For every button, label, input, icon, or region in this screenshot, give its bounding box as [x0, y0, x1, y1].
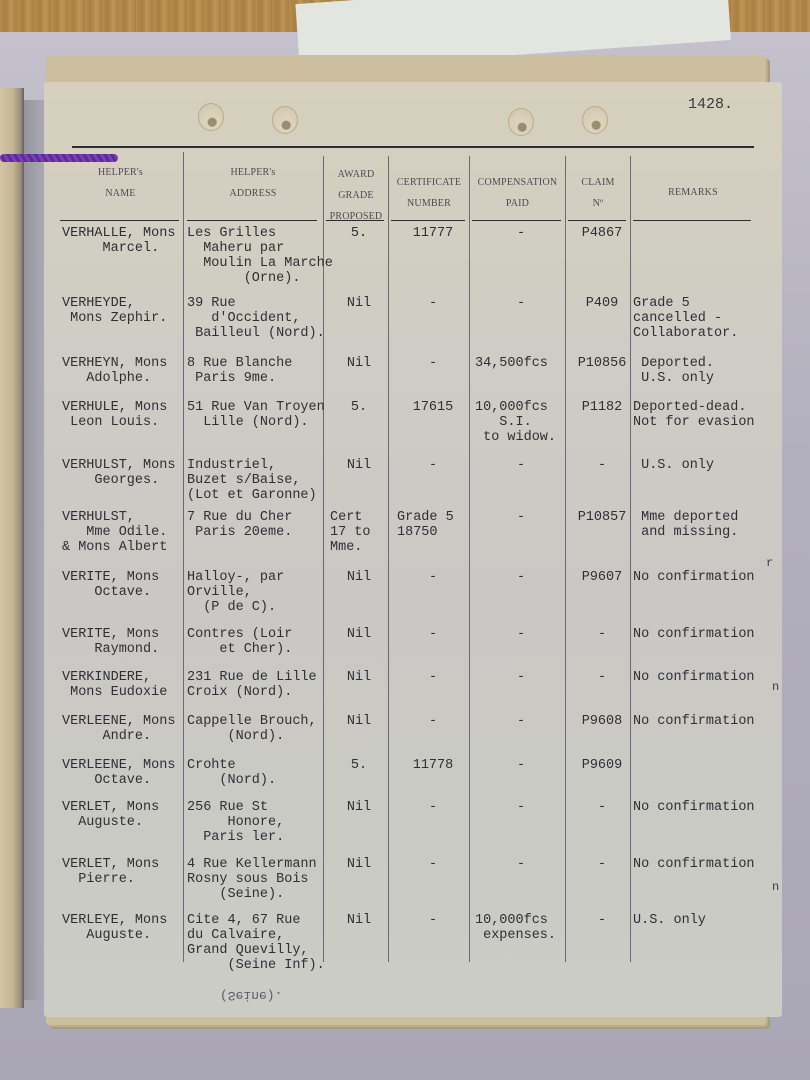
cell-name: VERHEYN, Mons Adolphe. [62, 356, 167, 386]
column-divider [469, 156, 470, 962]
column-header-line: GRADE [324, 185, 388, 206]
cell-address: Contres (Loir et Cher). [187, 627, 292, 657]
cell-compensation: - [475, 670, 567, 685]
cell-name: VERITE, Mons Octave. [62, 570, 159, 600]
cell-compensation: - [475, 857, 567, 872]
header-underline [187, 220, 317, 221]
cell-remarks: No confirmation [633, 627, 755, 642]
column-header-line: NUMBER [389, 193, 469, 214]
column-header-line: ADDRESS [185, 183, 321, 204]
column-header-certificate: CERTIFICATENUMBER [389, 172, 469, 214]
cell-certificate: - [397, 627, 469, 642]
cell-award: Cert 17 to Mme. [330, 510, 371, 555]
cell-certificate: - [397, 670, 469, 685]
cell-award: Nil [330, 800, 388, 815]
margin-mark: n [772, 880, 779, 894]
punch-hole [508, 108, 534, 136]
column-header-address: HELPER'sADDRESS [185, 162, 321, 204]
header-underline [633, 220, 751, 221]
cell-award: 5. [330, 400, 388, 415]
cell-name: VERLET, Mons Auguste. [62, 800, 159, 830]
column-header-line: HELPER's [185, 162, 321, 183]
column-header-line: PAID [470, 193, 565, 214]
cell-award: Nil [330, 458, 388, 473]
cell-address: Halloy-, par Orville, (P de C). [187, 570, 284, 615]
cell-address: 4 Rue Kellermann Rosny sous Bois (Seine)… [187, 857, 317, 902]
cell-claim: P9608 [573, 714, 631, 729]
cell-certificate: - [397, 356, 469, 371]
column-header-line: COMPENSATION [470, 172, 565, 193]
cell-compensation: - [475, 570, 567, 585]
cell-compensation: - [475, 800, 567, 815]
header-underline [568, 220, 626, 221]
column-header-line: PROPOSED [324, 206, 388, 227]
cell-compensation: - [475, 758, 567, 773]
cell-remarks: Deported-dead. Not for evasion [633, 400, 755, 430]
punch-hole [272, 106, 298, 134]
cell-compensation: 34,500fcs [475, 356, 548, 371]
cell-address: Crohte (Nord). [187, 758, 276, 788]
cell-remarks: No confirmation [633, 857, 755, 872]
cell-address: 51 Rue Van Troyen Lille (Nord). [187, 400, 325, 430]
cell-claim: - [573, 857, 631, 872]
cell-claim: - [573, 458, 631, 473]
cell-address: 8 Rue Blanche Paris 9me. [187, 356, 292, 386]
cell-certificate: - [397, 570, 469, 585]
cell-claim: - [573, 670, 631, 685]
cell-award: 5. [330, 758, 388, 773]
cell-name: VERHEYDE, Mons Zephir. [62, 296, 167, 326]
left-folder-edge [0, 88, 24, 1008]
cell-name: VERHULST, Mme Odile. & Mons Albert [62, 510, 167, 555]
column-divider [630, 156, 631, 962]
header-underline [391, 220, 465, 221]
cell-certificate: 11777 [397, 226, 469, 241]
cell-remarks: U.S. only [633, 913, 706, 928]
cell-compensation: - [475, 458, 567, 473]
cell-certificate: - [397, 913, 469, 928]
column-header-line: REMARKS [631, 182, 755, 203]
cell-award: Nil [330, 296, 388, 311]
cell-name: VERKINDERE, Mons Eudoxie [62, 670, 167, 700]
cell-award: Nil [330, 913, 388, 928]
header-underline [326, 220, 384, 221]
cell-award: Nil [330, 714, 388, 729]
cell-certificate: 17615 [397, 400, 469, 415]
cell-compensation: 10,000fcs S.I. to widow. [475, 400, 556, 445]
cell-claim: P10856 [573, 356, 631, 371]
column-header-remarks: REMARKS [631, 182, 755, 203]
cell-compensation: - [475, 296, 567, 311]
cell-name: VERLEENE, Mons Octave. [62, 758, 175, 788]
cell-claim: - [573, 913, 631, 928]
cell-name: VERLEYE, Mons Auguste. [62, 913, 167, 943]
cell-address: 231 Rue de Lille Croix (Nord). [187, 670, 317, 700]
margin-mark: n [772, 680, 779, 694]
cell-name: VERHULE, Mons Leon Louis. [62, 400, 167, 430]
cell-certificate: - [397, 296, 469, 311]
table-top-rule [72, 146, 754, 148]
punch-hole [582, 106, 608, 134]
cell-award: Nil [330, 570, 388, 585]
column-divider [183, 152, 184, 962]
cell-compensation: 10,000fcs expenses. [475, 913, 556, 943]
column-header-line: CLAIM [566, 172, 630, 193]
cell-certificate: 11778 [397, 758, 469, 773]
cell-name: VERHALLE, Mons Marcel. [62, 226, 175, 256]
cell-certificate: - [397, 714, 469, 729]
cell-certificate: Grade 5 18750 [397, 510, 454, 540]
bleed-through-text: (Seine). [220, 988, 282, 1003]
cell-remarks: No confirmation [633, 714, 755, 729]
column-header-line: Nº [566, 193, 630, 214]
cell-remarks: No confirmation [633, 570, 755, 585]
cell-claim: - [573, 627, 631, 642]
column-header-claim: CLAIMNº [566, 172, 630, 214]
cell-compensation: - [475, 714, 567, 729]
cell-award: Nil [330, 356, 388, 371]
cell-address: Cappelle Brouch, (Nord). [187, 714, 317, 744]
cell-address: 256 Rue St Honore, Paris ler. [187, 800, 284, 845]
cell-compensation: - [475, 226, 567, 241]
cell-award: Nil [330, 627, 388, 642]
cell-remarks: No confirmation [633, 670, 755, 685]
column-divider [388, 156, 389, 962]
header-underline [472, 220, 561, 221]
cell-claim: P9607 [573, 570, 631, 585]
cell-claim: P1182 [573, 400, 631, 415]
column-header-line: HELPER's [58, 162, 183, 183]
cell-award: 5. [330, 226, 388, 241]
column-divider [565, 156, 566, 962]
purple-binding-string [0, 154, 118, 162]
cell-address: Les Grilles Maheru par Moulin La Marche … [187, 226, 333, 286]
cell-compensation: - [475, 510, 567, 525]
cell-address: Cite 4, 67 Rue du Calvaire, Grand Quevil… [187, 913, 325, 973]
cell-claim: - [573, 800, 631, 815]
cell-remarks: Mme deported and missing. [633, 510, 738, 540]
cell-certificate: - [397, 458, 469, 473]
cell-claim: P9609 [573, 758, 631, 773]
left-folder-shadow [24, 100, 44, 1000]
column-header-name: HELPER'sNAME [58, 162, 183, 204]
cell-name: VERLET, Mons Pierre. [62, 857, 159, 887]
cell-certificate: - [397, 800, 469, 815]
cell-claim: P10857 [573, 510, 631, 525]
cell-name: VERHULST, Mons Georges. [62, 458, 175, 488]
cell-name: VERLEENE, Mons Andre. [62, 714, 175, 744]
column-header-award: AWARDGRADEPROPOSED [324, 164, 388, 227]
cell-claim: P4867 [573, 226, 631, 241]
cell-award: Nil [330, 670, 388, 685]
column-header-line: CERTIFICATE [389, 172, 469, 193]
cell-address: 7 Rue du Cher Paris 20eme. [187, 510, 292, 540]
column-header-compensation: COMPENSATIONPAID [470, 172, 565, 214]
cell-address: Industriel, Buzet s/Baise, (Lot et Garon… [187, 458, 317, 503]
cell-remarks: Deported. U.S. only [633, 356, 714, 386]
cell-name: VERITE, Mons Raymond. [62, 627, 159, 657]
column-header-line: AWARD [324, 164, 388, 185]
column-header-line: NAME [58, 183, 183, 204]
margin-mark: r [766, 556, 773, 570]
punch-hole [198, 103, 224, 131]
cell-remarks: No confirmation [633, 800, 755, 815]
cell-award: Nil [330, 857, 388, 872]
cell-certificate: - [397, 857, 469, 872]
cell-address: 39 Rue d'Occident, Bailleul (Nord). [187, 296, 325, 341]
header-underline [60, 220, 179, 221]
cell-claim: P409 [573, 296, 631, 311]
page-number: 1428. [688, 96, 733, 113]
cell-compensation: - [475, 627, 567, 642]
cell-remarks: Grade 5 cancelled - Collaborator. [633, 296, 738, 341]
cell-remarks: U.S. only [633, 458, 714, 473]
